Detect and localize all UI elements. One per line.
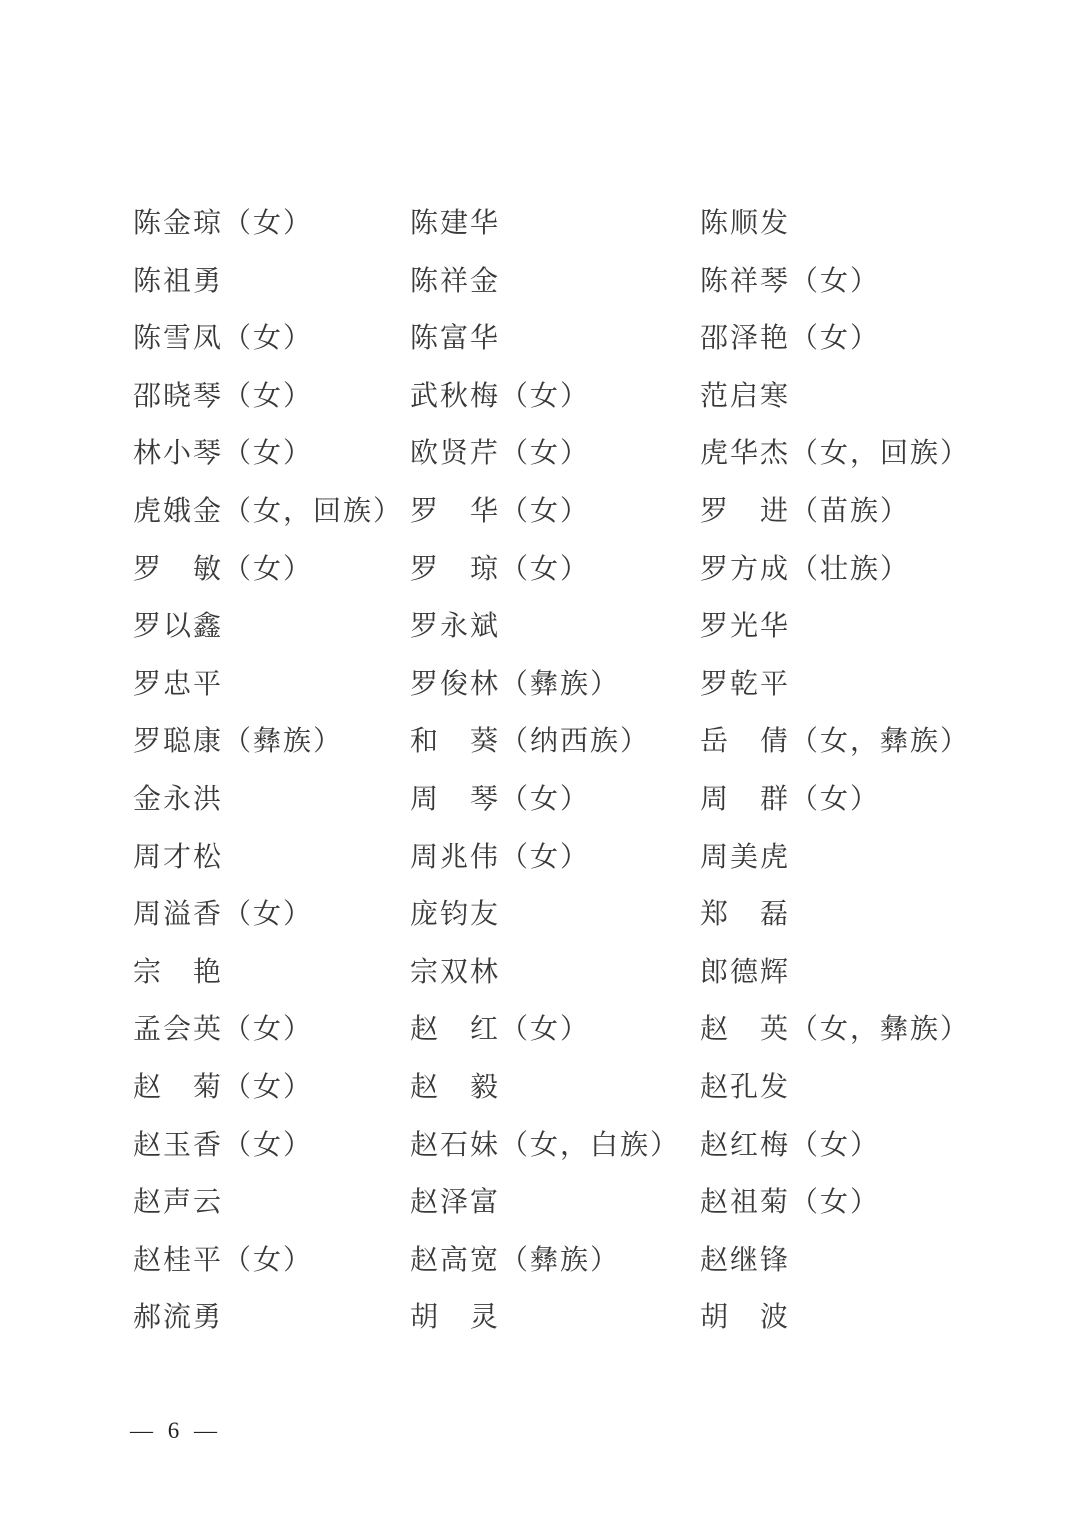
name-entry: 周兆伟（女） — [410, 829, 700, 887]
name-entry: 武秋梅（女） — [410, 368, 700, 426]
name-entry: 赵 菊（女） — [133, 1059, 410, 1117]
name-entry: 赵石妹（女，白族） — [410, 1117, 700, 1175]
name-entry: 郎德辉 — [700, 944, 1013, 1002]
name-entry: 赵红梅（女） — [700, 1117, 1013, 1175]
name-entry: 周溢香（女） — [133, 886, 410, 944]
name-entry: 赵祖菊（女） — [700, 1174, 1013, 1232]
name-entry: 赵 红（女） — [410, 1001, 700, 1059]
name-entry: 周才松 — [133, 829, 410, 887]
name-entry: 周美虎 — [700, 829, 1013, 887]
name-entry: 赵玉香（女） — [133, 1117, 410, 1175]
name-entry: 范启寒 — [700, 368, 1013, 426]
name-roster-grid: 陈金琼（女）陈建华陈顺发陈祖勇陈祥金陈祥琴（女）陈雪凤（女）陈富华邵泽艳（女）邵… — [133, 195, 1013, 1347]
name-entry: 宗 艳 — [133, 944, 410, 1002]
name-entry: 罗 进（苗族） — [700, 483, 1013, 541]
name-entry: 陈祖勇 — [133, 253, 410, 311]
name-entry: 陈雪凤（女） — [133, 310, 410, 368]
name-entry: 赵 毅 — [410, 1059, 700, 1117]
page-number: — 6 — — [130, 1416, 217, 1446]
name-entry: 邵泽艳（女） — [700, 310, 1013, 368]
name-entry: 陈顺发 — [700, 195, 1013, 253]
name-entry: 周 琴（女） — [410, 771, 700, 829]
name-entry: 虎娥金（女，回族） — [133, 483, 410, 541]
name-entry: 罗忠平 — [133, 656, 410, 714]
name-entry: 陈富华 — [410, 310, 700, 368]
name-entry: 胡 波 — [700, 1289, 1013, 1347]
name-entry: 陈金琼（女） — [133, 195, 410, 253]
name-entry: 罗俊林（彝族） — [410, 656, 700, 714]
name-entry: 罗聪康（彝族） — [133, 713, 410, 771]
name-entry: 欧贤芹（女） — [410, 425, 700, 483]
name-entry: 周 群（女） — [700, 771, 1013, 829]
name-entry: 赵继锋 — [700, 1232, 1013, 1290]
name-entry: 赵孔发 — [700, 1059, 1013, 1117]
name-entry: 赵泽富 — [410, 1174, 700, 1232]
name-entry: 陈祥金 — [410, 253, 700, 311]
name-entry: 罗 敏（女） — [133, 541, 410, 599]
name-entry: 赵 英（女，彝族） — [700, 1001, 1013, 1059]
name-entry: 林小琴（女） — [133, 425, 410, 483]
name-entry: 宗双林 — [410, 944, 700, 1002]
name-entry: 陈建华 — [410, 195, 700, 253]
name-entry: 孟会英（女） — [133, 1001, 410, 1059]
name-entry: 庞钧友 — [410, 886, 700, 944]
name-entry: 陈祥琴（女） — [700, 253, 1013, 311]
name-entry: 郑 磊 — [700, 886, 1013, 944]
name-entry: 赵桂平（女） — [133, 1232, 410, 1290]
name-entry: 罗永斌 — [410, 598, 700, 656]
name-entry: 郝流勇 — [133, 1289, 410, 1347]
name-entry: 邵晓琴（女） — [133, 368, 410, 426]
name-entry: 和 葵（纳西族） — [410, 713, 700, 771]
name-entry: 罗 琼（女） — [410, 541, 700, 599]
name-entry: 胡 灵 — [410, 1289, 700, 1347]
name-entry: 赵声云 — [133, 1174, 410, 1232]
name-entry: 罗方成（壮族） — [700, 541, 1013, 599]
document-page: 陈金琼（女）陈建华陈顺发陈祖勇陈祥金陈祥琴（女）陈雪凤（女）陈富华邵泽艳（女）邵… — [0, 0, 1080, 1528]
name-entry: 岳 倩（女，彝族） — [700, 713, 1013, 771]
name-entry: 罗以鑫 — [133, 598, 410, 656]
name-entry: 赵高宽（彝族） — [410, 1232, 700, 1290]
name-entry: 金永洪 — [133, 771, 410, 829]
name-entry: 罗乾平 — [700, 656, 1013, 714]
name-entry: 罗光华 — [700, 598, 1013, 656]
name-entry: 罗 华（女） — [410, 483, 700, 541]
name-entry: 虎华杰（女，回族） — [700, 425, 1013, 483]
